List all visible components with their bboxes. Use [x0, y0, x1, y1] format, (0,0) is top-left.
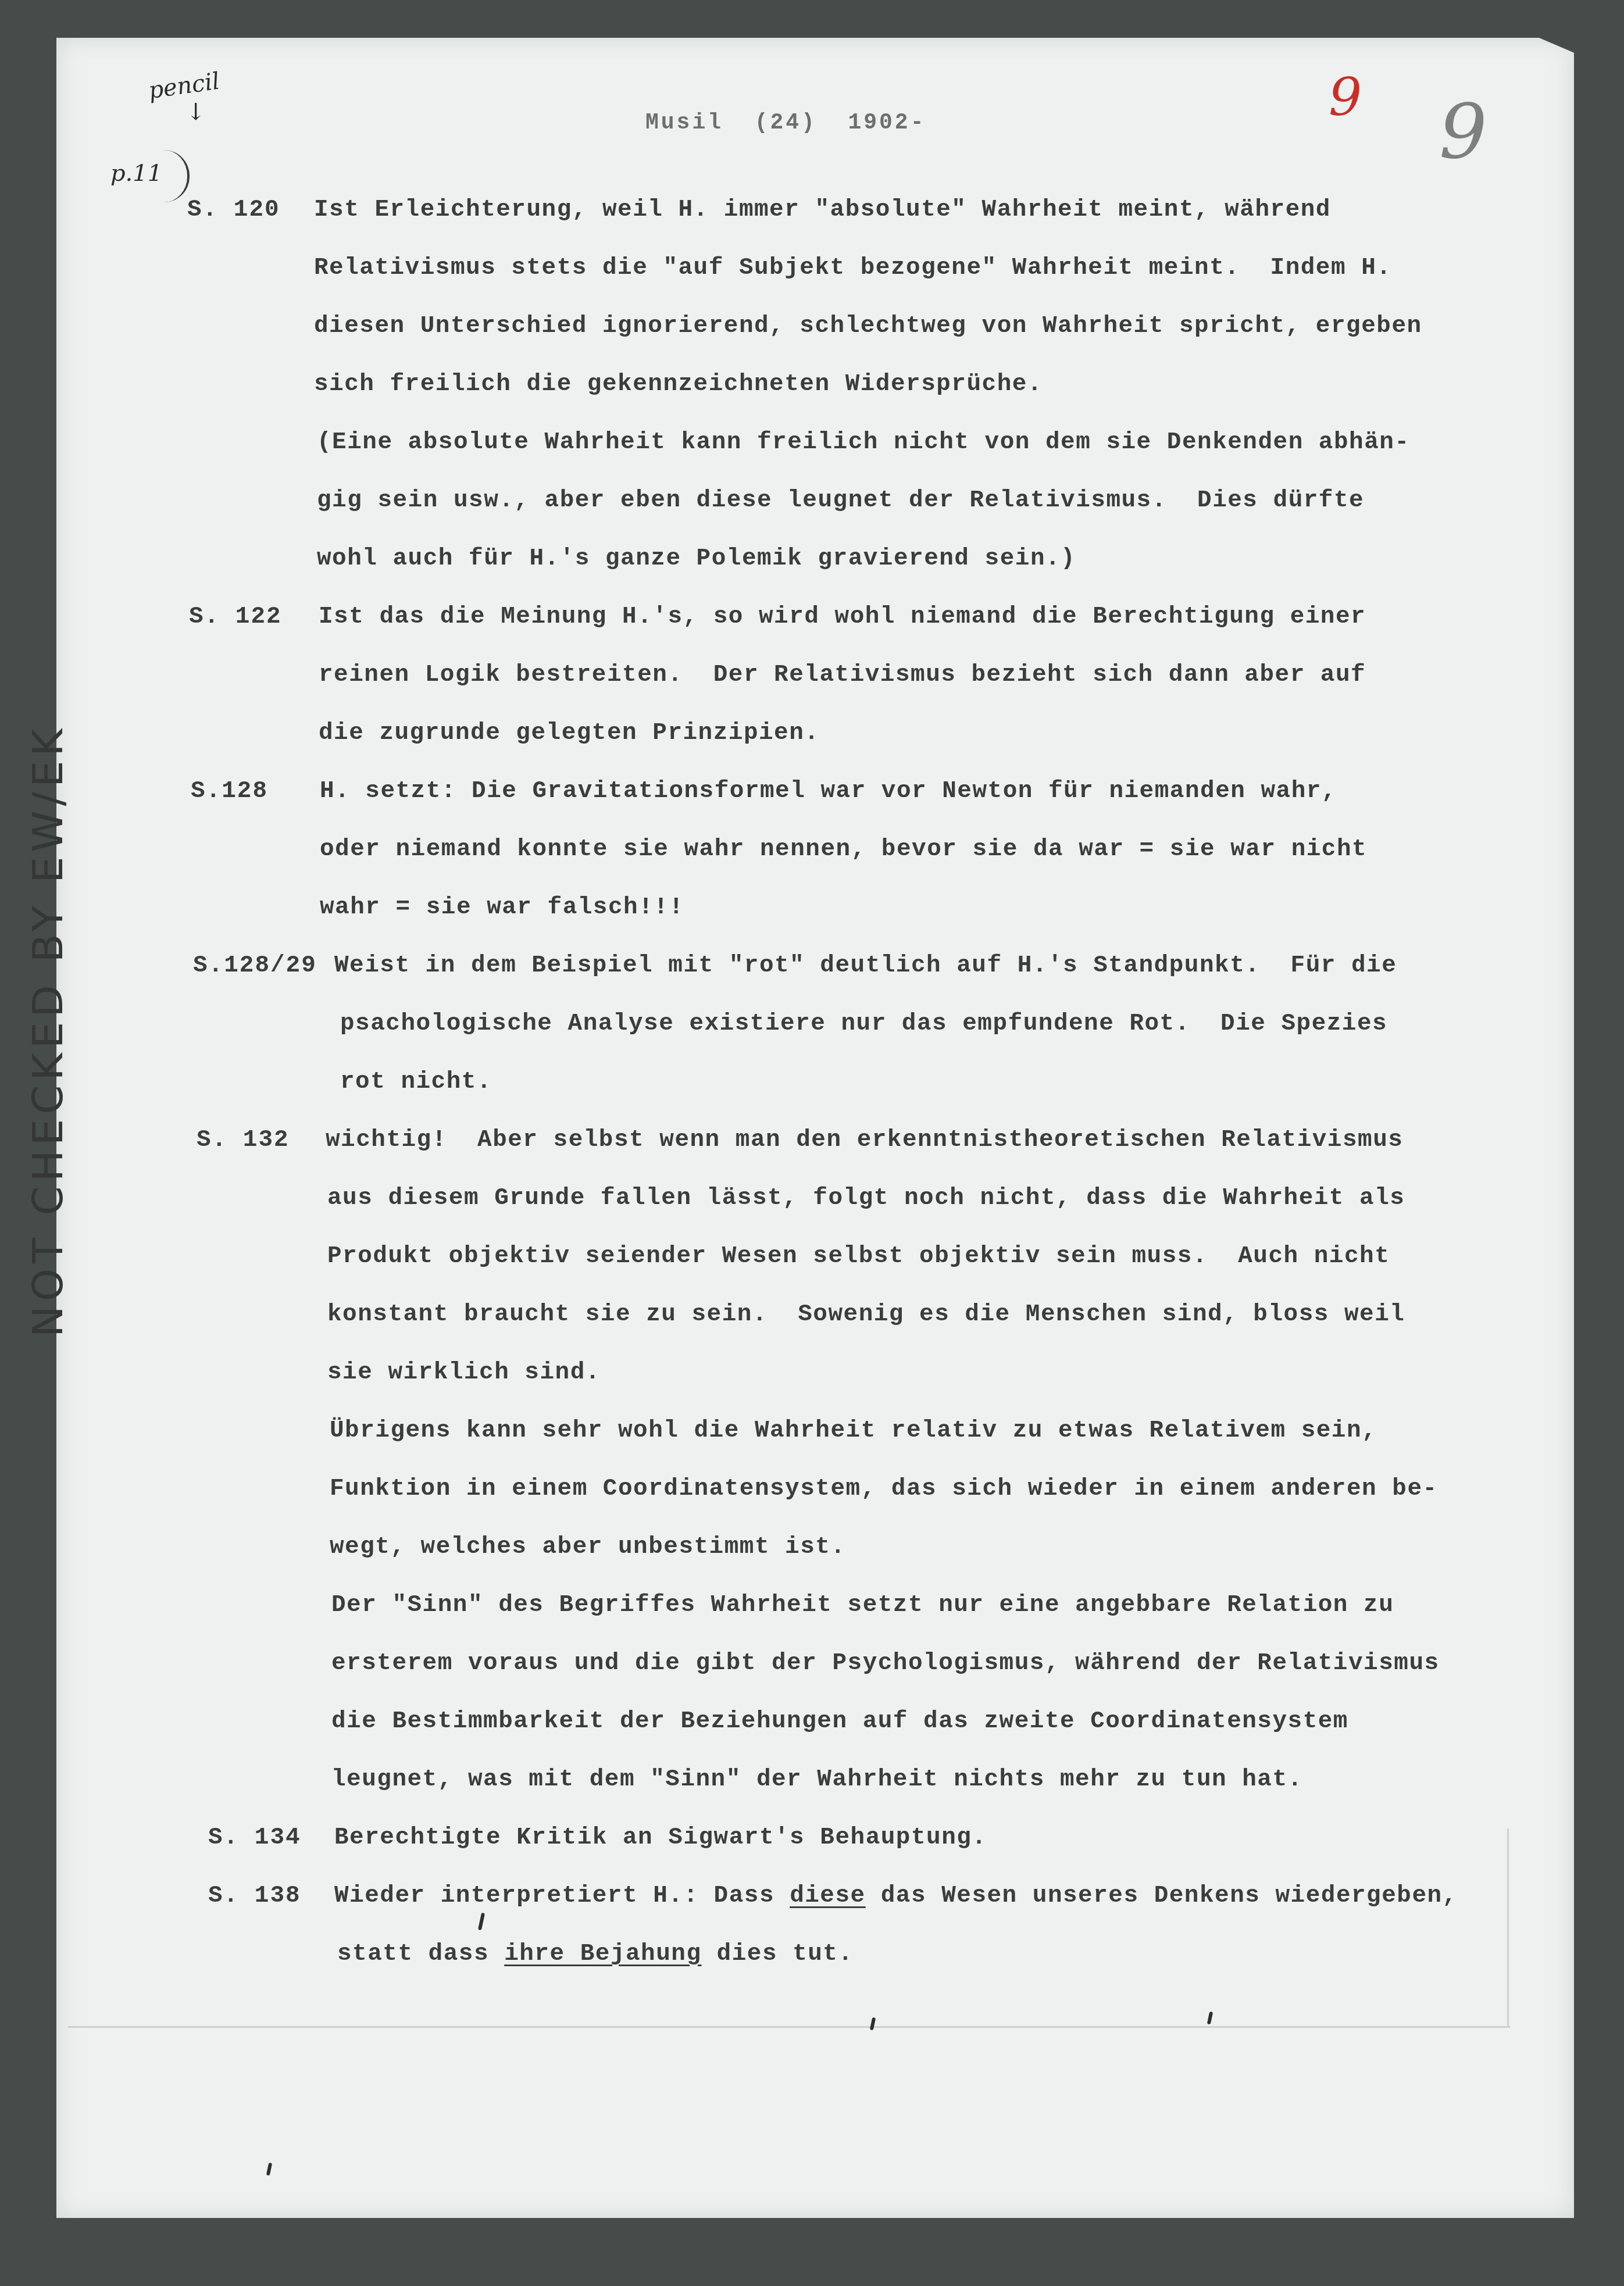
entry-line: Ist das die Meinung H.'s, so wird wohl n… — [319, 603, 1366, 630]
text-run: statt dass — [337, 1941, 504, 1967]
entry-line: konstant braucht sie zu sein. Sowenig es… — [327, 1301, 1405, 1328]
text-run: Wieder interpretiert H.: Dass — [334, 1883, 790, 1909]
entry-line: psachologische Analyse existiere nur das… — [340, 1010, 1387, 1037]
entry-label: S. 132 — [197, 1127, 290, 1153]
entry-line: Funktion in einem Coordinatensystem, das… — [330, 1476, 1438, 1502]
entry-line: reinen Logik bestreiten. Der Relativismu… — [319, 662, 1366, 688]
entry-line: Wieder interpretiert H.: Dass diese das … — [334, 1883, 1458, 1909]
entry-line: wohl auch für H.'s ganze Polemik gravier… — [317, 545, 1076, 572]
entry-line: Ist Erleichterung, weil H. immer "absolu… — [314, 197, 1331, 223]
entry-label: S.128/29 — [193, 952, 317, 979]
entry-line: Der "Sinn" des Begriffes Wahrheit setzt … — [331, 1592, 1394, 1619]
entry-line: leugnet, was mit dem "Sinn" der Wahrheit… — [331, 1766, 1303, 1793]
photocopy-edge-line-vertical — [1507, 1828, 1509, 2026]
down-arrow-icon: ↓ — [186, 99, 206, 126]
entry-line: ersterem voraus und die gibt der Psychol… — [331, 1650, 1440, 1677]
entry-line: oder niemand konnte sie wahr nennen, bev… — [320, 836, 1367, 863]
text-run: dies tut. — [702, 1941, 854, 1967]
entry-label: S. 120 — [187, 197, 280, 223]
entry-label: S. 138 — [208, 1883, 301, 1909]
entry-line: gig sein usw., aber eben diese leugnet d… — [317, 487, 1364, 514]
entry-line: Produkt objektiv seiender Wesen selbst o… — [327, 1243, 1390, 1270]
entry-line: H. setzt: Die Gravitationsformel war vor… — [320, 778, 1337, 805]
document-header: Musil (24) 1902- — [645, 110, 926, 135]
entry-line: Berechtigte Kritik an Sigwart's Behauptu… — [334, 1824, 987, 1851]
entry-line: Übrigens kann sehr wohl die Wahrheit rel… — [330, 1417, 1377, 1444]
entry-line: diesen Unterschied ignorierend, schlecht… — [314, 313, 1422, 340]
entry-line: wahr = sie war falsch!!! — [320, 894, 684, 921]
entry-label: S. 134 — [208, 1824, 301, 1851]
entry-line: wichtig! Aber selbst wenn man den erkenn… — [326, 1127, 1403, 1153]
photocopy-edge-line — [68, 2026, 1510, 2028]
entry-line: sie wirklich sind. — [327, 1359, 601, 1386]
underlined-text: diese — [790, 1883, 866, 1909]
handwritten-page-ref: p.11 — [110, 160, 162, 187]
entry-label: S.128 — [191, 778, 268, 805]
entry-line: aus diesem Grunde fallen lässt, folgt no… — [327, 1185, 1405, 1212]
entry-line: (Eine absolute Wahrheit kann freilich ni… — [317, 429, 1410, 456]
entry-line: Relativismus stets die "auf Subjekt bezo… — [314, 255, 1391, 281]
page-number-pencil: 9 — [1439, 87, 1487, 176]
entry-line: wegt, welches aber unbestimmt ist. — [330, 1534, 846, 1560]
entry-line: die Bestimmbarkeit der Beziehungen auf d… — [331, 1708, 1348, 1735]
underlined-text: ihre Bejahung — [504, 1941, 701, 1967]
text-run: das Wesen unseres Denkens wiedergeben, — [866, 1883, 1458, 1909]
entry-line: die zugrunde gelegten Prinzipien. — [319, 720, 819, 746]
entry-line: sich freilich die gekennzeichneten Wider… — [314, 371, 1043, 398]
entry-line: rot nicht. — [340, 1069, 492, 1095]
entry-label: S. 122 — [189, 603, 282, 630]
folded-corner — [1535, 36, 1576, 53]
page-number-red: 9 — [1329, 67, 1362, 128]
entry-line: Weist in dem Beispiel mit "rot" deutlich… — [334, 952, 1397, 979]
margin-note-vertical: NOT CHECKED BY EW/EK — [23, 724, 72, 1337]
entry-line: statt dass ihre Bejahung dies tut. — [337, 1941, 854, 1967]
